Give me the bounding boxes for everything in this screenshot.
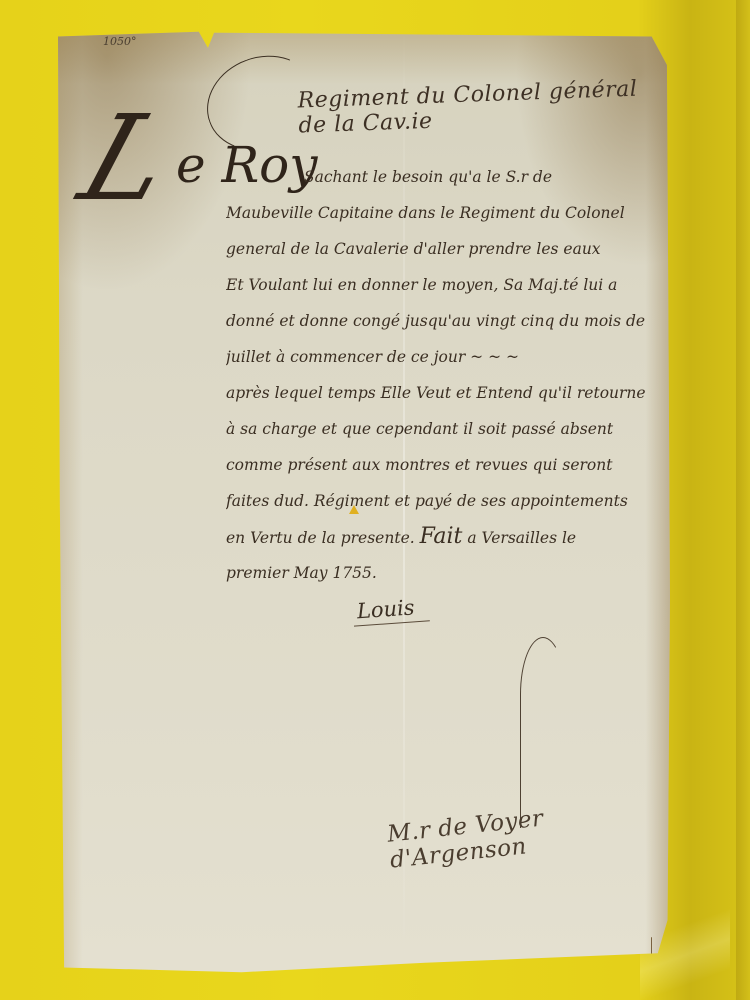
body-line: juillet à commencer de ce jour ~ ~ ~ <box>226 339 666 375</box>
body-line: faites dud. Régiment et payé de ses appo… <box>226 483 666 519</box>
body-line-end: en Vertu de la presente. <box>226 529 415 547</box>
body-line: Sachant le besoin qu'a le S.r de <box>226 159 666 195</box>
yellow-speck <box>349 505 359 514</box>
reference-number: 1050° <box>103 35 137 48</box>
backdrop-edge <box>736 0 750 1000</box>
closing-date: premier May 1755. <box>226 555 666 591</box>
manuscript-page: 1050° Regiment du Colonel général de la … <box>58 27 670 977</box>
body-line: comme présent aux montres et revues qui … <box>226 447 666 483</box>
body-line: general de la Cavalerie d'aller prendre … <box>226 231 666 267</box>
body-line: donné et donne congé jusqu'au vingt cinq… <box>226 303 666 339</box>
body-line: Maubeville Capitaine dans le Regiment du… <box>226 195 666 231</box>
closing-fait: Fait <box>420 524 463 549</box>
body-line: à sa charge et que cependant il soit pas… <box>226 411 666 447</box>
body-text: Sachant le besoin qu'a le S.r de Maubevi… <box>226 159 666 591</box>
body-line: après lequel temps Elle Veut et Entend q… <box>226 375 666 411</box>
regiment-header: Regiment du Colonel général de la Cav.ie <box>297 76 671 139</box>
closing-place: a Versailles le <box>467 529 576 547</box>
signature-paraph-stroke <box>520 637 566 828</box>
opening-initial: L <box>69 99 186 217</box>
body-line-closing: en Vertu de la presente. Fait a Versaill… <box>226 519 666 555</box>
king-signature: Louis <box>352 594 429 626</box>
body-line: Et Voulant lui en donner le moyen, Sa Ma… <box>226 267 666 303</box>
